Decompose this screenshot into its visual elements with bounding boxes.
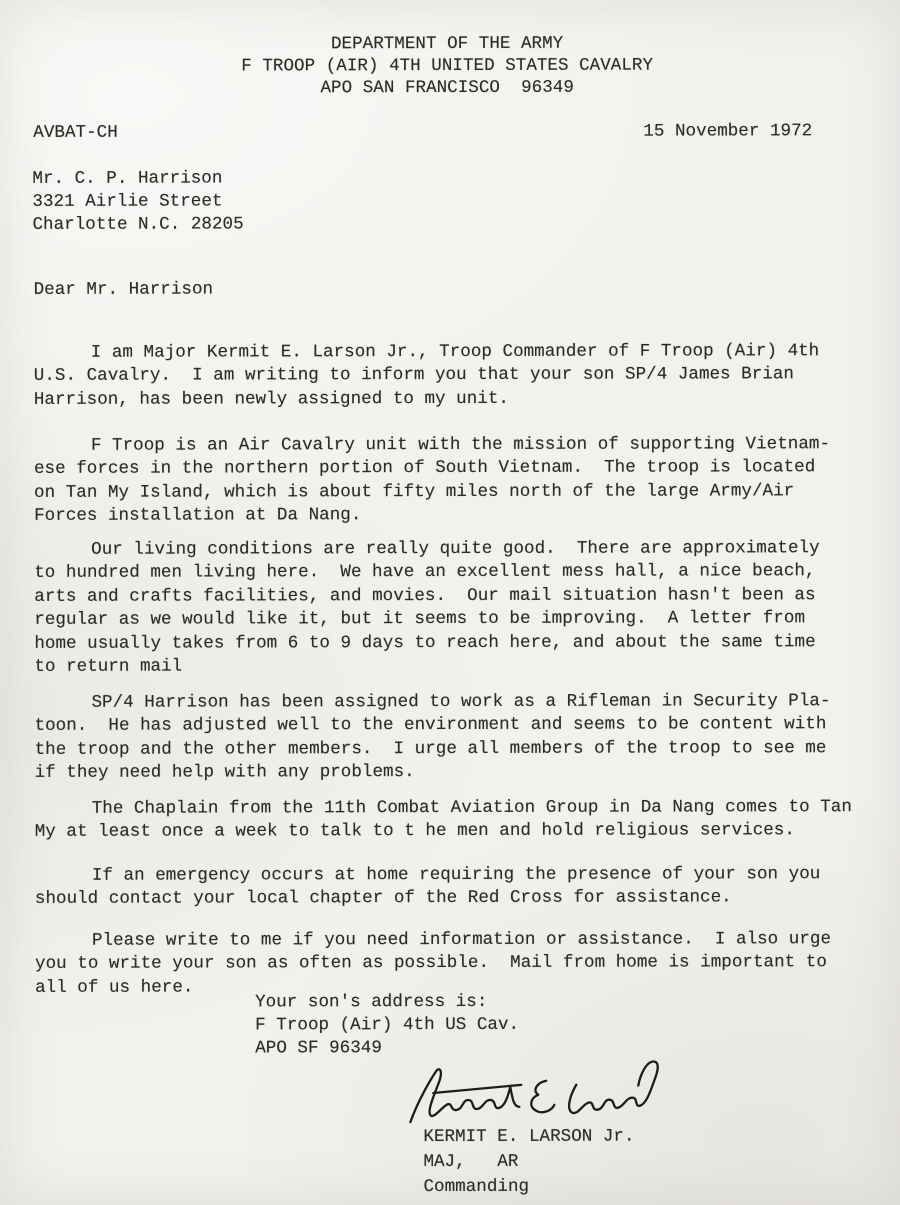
paragraph-living-conditions: Our living conditions are really quite g… xyxy=(34,537,880,679)
letterhead: DEPARTMENT OF THE ARMY F TROOP (AIR) 4TH… xyxy=(0,33,894,100)
paragraph-chaplain: The Chaplain from the 11th Combat Aviati… xyxy=(35,796,881,845)
letterhead-unit: F TROOP (AIR) 4TH UNITED STATES CAVALRY xyxy=(0,55,894,79)
signature-rank: MAJ, AR xyxy=(423,1149,634,1174)
salutation: Dear Mr. Harrison xyxy=(34,279,214,299)
paragraph-intro: I am Major Kermit E. Larson Jr., Troop C… xyxy=(34,340,880,412)
letterhead-department: DEPARTMENT OF THE ARMY xyxy=(0,33,894,57)
reference-code: AVBAT-CH xyxy=(33,123,118,143)
addressee-block: Mr. C. P. Harrison 3321 Airlie Street Ch… xyxy=(32,167,243,236)
paragraph-closing: Please write to me if you need informati… xyxy=(35,928,881,1000)
letter-date: 15 November 1972 xyxy=(643,121,812,141)
letterhead-apo: APO SAN FRANCISCO 96349 xyxy=(0,77,894,101)
signature-typed-name: KERMIT E. LARSON Jr. xyxy=(423,1125,634,1150)
sons-address-block: Your son's address is: F Troop (Air) 4th… xyxy=(255,991,519,1060)
paragraph-emergency: If an emergency occurs at home requiring… xyxy=(35,863,881,912)
paragraph-unit-mission: F Troop is an Air Cavalry unit with the … xyxy=(34,433,880,528)
signature-block: KERMIT E. LARSON Jr. MAJ, AR Commanding xyxy=(423,1125,634,1200)
handwritten-signature-icon xyxy=(400,1054,666,1131)
paragraph-assignment: SP/4 Harrison has been assigned to work … xyxy=(34,690,880,785)
signature-title: Commanding xyxy=(423,1174,634,1199)
letter-page: DEPARTMENT OF THE ARMY F TROOP (AIR) 4TH… xyxy=(0,0,900,1205)
